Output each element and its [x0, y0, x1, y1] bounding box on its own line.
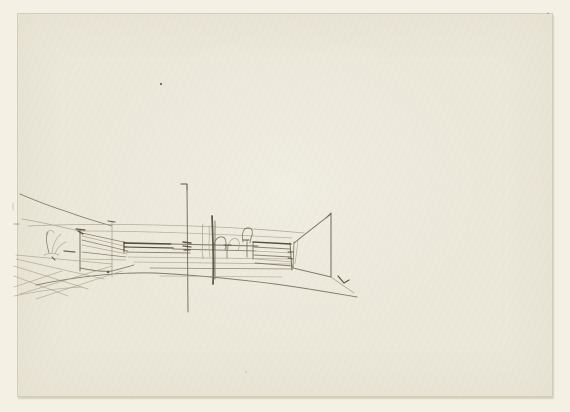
scan-background: [0, 0, 570, 412]
stroke-deck-line-4: [150, 268, 292, 269]
stroke-left-post-cap: [76, 229, 85, 230]
stroke-left-dark-dash: [64, 251, 75, 252]
stroke-right-block-hatch-2: [254, 251, 291, 253]
stroke-ground-straight: [160, 276, 282, 277]
dot-node-dot-left: [107, 271, 110, 274]
architectural-sketch-drawing: [0, 0, 570, 412]
stroke-tree-stem-1: [202, 224, 203, 259]
stroke-right-block-hatch-4: [255, 259, 292, 262]
stroke-tree-stem-2: [209, 226, 210, 257]
stroke-wall-base: [293, 268, 331, 277]
stroke-plant-stem-1: [46, 232, 49, 253]
dot-paper-speck-lower: [245, 371, 247, 373]
stroke-right-block-hatch-1: [254, 247, 290, 249]
stroke-plant-stem-3: [55, 242, 66, 254]
stroke-pole-knot-2: [183, 246, 191, 247]
stroke-wall-inner-edge: [295, 241, 298, 264]
stroke-pole-knot-1: [183, 242, 191, 243]
stroke-tree-canopy-2: [228, 238, 239, 250]
stroke-flagpole-finial: [181, 184, 187, 190]
stroke-inner-post-cap: [108, 221, 115, 222]
stroke-deck-line-1: [126, 252, 190, 253]
stroke-right-block-top: [253, 242, 291, 244]
stroke-wall-base-extension: [331, 277, 354, 293]
stroke-flagpole: [187, 185, 188, 312]
dot-corner-speck: [547, 12, 549, 14]
stroke-left-base-dip: [80, 265, 134, 271]
stroke-wall-corner-post: [293, 242, 294, 268]
stroke-wall-top-edge: [294, 214, 331, 243]
stroke-deck-line-2: [128, 257, 290, 259]
dot-ink-speck-upper: [160, 83, 162, 85]
stroke-wall-check-tick: [338, 276, 349, 283]
stroke-slab-top: [124, 243, 171, 244]
stroke-slab-second: [124, 247, 173, 248]
stroke-tree-canopy-1: [214, 237, 226, 250]
stroke-plant-base: [44, 254, 59, 256]
stroke-right-block-hatch-3: [254, 255, 291, 257]
stroke-fan-line-6: [82, 259, 126, 260]
